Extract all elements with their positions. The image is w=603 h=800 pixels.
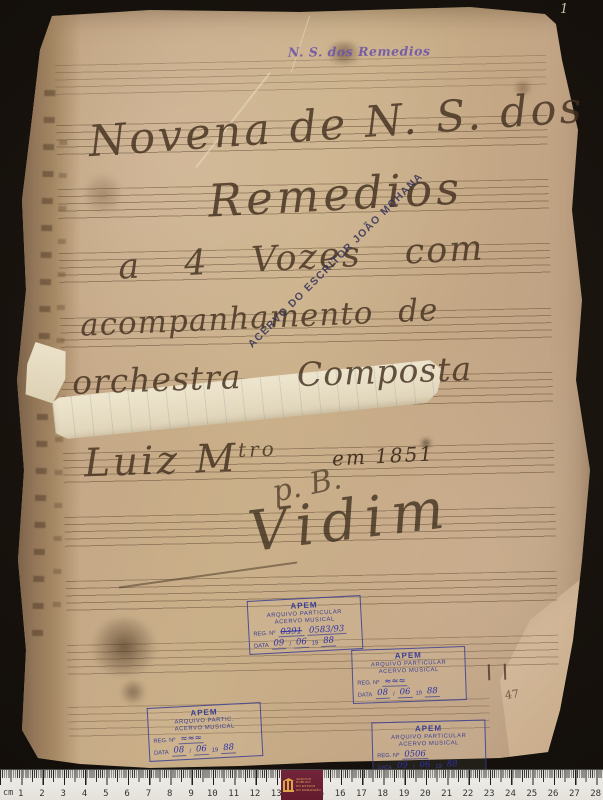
ruler-number: 10 <box>202 789 223 799</box>
stamp-reg-value: ≈≈≈ <box>382 677 408 687</box>
stamp-reg-label: REG. Nº <box>377 753 399 761</box>
archive-stamp: APEM ARQUIVO PARTIC. ACERVO MUSICAL REG.… <box>147 702 264 762</box>
ruler-number: 24 <box>500 789 521 799</box>
stamp-year-value: 88 <box>425 687 440 697</box>
archive-logo-block: ARQUIVO PÚBLICO DO ESTADO DO MARANHÃO <box>281 770 323 800</box>
ruler-number: 16 <box>329 789 350 799</box>
ruler-number: 22 <box>457 789 478 799</box>
ruler-number: 9 <box>180 789 201 799</box>
ruler-number: 5 <box>95 789 116 799</box>
ink-barline-marks <box>488 664 507 681</box>
building-icon <box>283 778 294 792</box>
ruler-number: 4 <box>74 789 95 799</box>
ruler-number: 2 <box>31 789 52 799</box>
author-text: Luiz M <box>83 436 239 486</box>
stamp-reg-value: ≈≈≈ <box>178 734 204 745</box>
stamp-date-day: 08 <box>375 689 390 699</box>
archive-logo-text: ARQUIVO PÚBLICO DO ESTADO DO MARANHÃO <box>296 778 321 793</box>
ruler-number: 23 <box>479 789 500 799</box>
ink-stain <box>88 618 160 676</box>
ink-stain <box>86 168 120 220</box>
stamp-date-day: 08 <box>171 746 186 756</box>
stamp-year-value: 88 <box>221 744 236 754</box>
ruler-number: 8 <box>159 789 180 799</box>
ruler-number: 18 <box>372 789 393 799</box>
ruler-number: 21 <box>436 789 457 799</box>
stamp-reg-label: REG. Nº <box>253 631 275 639</box>
stamp-year-value: 88 <box>321 637 336 647</box>
stamp-date-day: 09 <box>271 639 286 649</box>
logo-line: DO MARANHÃO <box>296 789 321 793</box>
stamp-reg-old-value: 0391 <box>278 627 304 638</box>
ruler-number: 17 <box>351 789 372 799</box>
stamp-date-label: DATA <box>254 643 269 651</box>
ruler-number: 20 <box>415 789 436 799</box>
stamp-date-label: DATA <box>358 692 373 700</box>
stamp-date-month: 06 <box>398 688 413 698</box>
ruler-number: 12 <box>244 789 265 799</box>
archive-stamp: APEM ARQUIVO PARTICULAR ACERVO MUSICAL R… <box>371 720 486 777</box>
archive-stamp: APEM ARQUIVO PARTICULAR ACERVO MUSICAL R… <box>247 595 364 655</box>
ruler-number: 26 <box>542 789 563 799</box>
measurement-ruler: cm 1234567891011121314151617181920212223… <box>0 769 603 800</box>
ruler-number: 1 <box>10 789 31 799</box>
library-title-stamp: N. S. dos Remedios <box>288 43 431 59</box>
pencil-note: 47 <box>504 687 520 702</box>
stamp-year-printed: 19 <box>415 690 422 697</box>
ruler-number: 7 <box>138 789 159 799</box>
stamp-year-printed: 19 <box>312 640 319 647</box>
ruler-number: 19 <box>393 789 414 799</box>
stamp-date-month: 06 <box>294 638 309 648</box>
page-number: 1 <box>560 2 568 17</box>
ruler-number: 11 <box>223 789 244 799</box>
ruler-number: 27 <box>564 789 585 799</box>
ink-stain <box>118 680 148 704</box>
stamp-reg-value: 0506 <box>402 750 428 760</box>
author-abbreviation: tro <box>238 437 277 462</box>
stamp-date-month: 06 <box>194 745 209 755</box>
ruler-number: 6 <box>116 789 137 799</box>
ruler-number: 3 <box>53 789 74 799</box>
stamp-reg-value: 0583/93 <box>307 625 347 637</box>
stamp-year-printed: 19 <box>212 747 219 754</box>
ruler-number: 25 <box>521 789 542 799</box>
archive-stamp: APEM ARQUIVO PARTICULAR ACERVO MUSICAL R… <box>351 646 467 704</box>
author-name: Luiz Mtro <box>83 435 277 487</box>
ruler-number: 28 <box>585 789 603 799</box>
stamp-reg-label: REG. Nº <box>357 680 379 688</box>
stamp-reg-label: REG. Nº <box>153 738 175 746</box>
stamp-date-label: DATA <box>154 750 169 758</box>
